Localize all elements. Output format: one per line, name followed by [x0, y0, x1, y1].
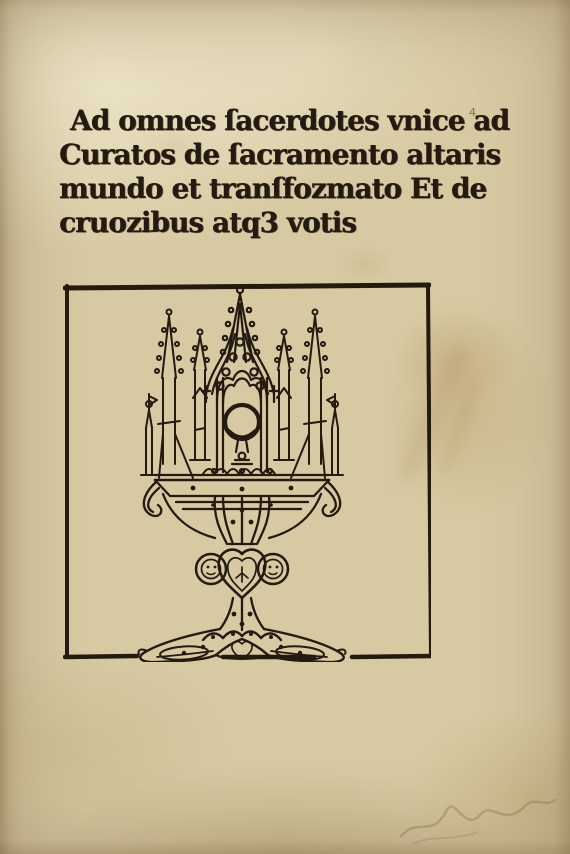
monstrance-woodcut	[63, 282, 431, 662]
monstrance-stem	[196, 496, 288, 630]
handwritten-inscription	[393, 778, 563, 850]
book-page: Ad omnes ſacerdotes vnice ad Curatos de …	[0, 0, 570, 854]
title-line-1: Ad omnes ſacerdotes vnice ad	[59, 104, 509, 138]
title-line-4: cruozibus atq3 votis	[59, 206, 509, 240]
corner-annotation: 4	[469, 106, 476, 119]
title-text-block: Ad omnes ſacerdotes vnice ad Curatos de …	[59, 104, 509, 240]
title-line-3: mundo et tranſfozmato Et de	[59, 172, 509, 206]
title-line-2: Curatos de ſacramento altaris	[59, 138, 509, 172]
paper-stain	[434, 371, 487, 480]
